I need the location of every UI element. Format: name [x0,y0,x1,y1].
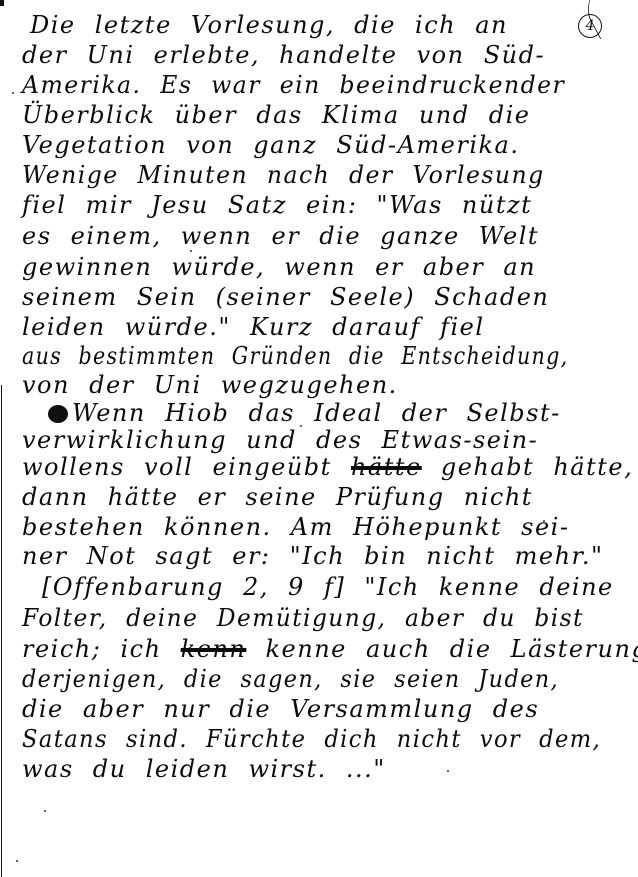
text-line: [Offenbarung 2, 9 f] "Ich kenne deine [42,572,614,602]
page-number-circle: 4 [578,14,602,38]
text-line: ner Not sagt er: "Ich bin nicht mehr." [22,541,604,571]
text-line: bestehen können. Am Höhepunkt sei- [22,512,569,542]
text-line: Satans sind. Fürchte dich nicht vor dem, [22,724,601,754]
scan-speck [543,520,545,522]
ink-blob-marker [48,405,68,423]
text-line: Überblick über das Klima und die [22,100,530,130]
text-span: wollens voll eingeübt [22,453,332,481]
text-line: aus bestimmten Gründen die Entscheidung, [22,341,568,371]
text-line: derjenigen, die sagen, sie seien Juden, [22,664,559,694]
scan-speck [596,745,598,747]
text-line: Folter, deine Demütigung, aber du bist [22,603,584,633]
text-line: der Uni erlebte, handelte von Süd- [22,40,545,70]
scan-speck [44,810,46,812]
scan-speck [12,92,14,94]
text-line: dann hätte er seine Prüfung nicht [22,482,533,512]
crossed-out-word: kenn [181,634,247,664]
text-line: verwirklichung und des Etwas-sein- [22,425,538,455]
text-line: Wenige Minuten nach der Vorlesung [22,160,545,190]
text-span: Wenn Hiob das Ideal der Selbst- [72,399,561,427]
text-span: reich; ich [22,635,162,663]
text-line: was du leiden wirst. ..." [22,754,386,784]
scan-speck [447,770,449,772]
text-span: gehabt hätte, [441,453,633,481]
text-line: Vegetation von ganz Süd-Amerika. [22,130,520,160]
left-margin-line [1,385,2,877]
scan-speck [300,425,302,427]
text-line: wollens voll eingeübt hätte gehabt hätte… [22,452,633,482]
scan-speck [16,860,18,862]
scan-corner-mark [0,0,4,6]
text-line: seinem Sein (seiner Seele) Schaden [22,282,549,312]
text-span: kenne auch die Lästerung [266,635,638,663]
text-line: gewinnen würde, wenn er aber an [22,252,536,282]
scanned-page: 4 Die letzte Vorlesung, die ich an der U… [0,0,638,877]
crossed-out-word: hätte [351,452,422,482]
text-line-with-marker: Wenn Hiob das Ideal der Selbst- [12,398,561,428]
text-line: reich; ich kenn kenne auch die Lästerung [22,634,638,664]
text-line: leiden würde." Kurz darauf fiel [22,312,485,342]
scan-speck [190,250,192,252]
text-line: Amerika. Es war ein beeindruckender [22,70,565,100]
text-line: von der Uni wegzugehen. [22,370,398,400]
text-line: es einem, wenn er die ganze Welt [22,221,539,251]
text-line: Die letzte Vorlesung, die ich an [30,10,508,40]
text-line: fiel mir Jesu Satz ein: "Was nützt [22,190,532,220]
text-line: die aber nur die Versammlung des [22,694,539,724]
